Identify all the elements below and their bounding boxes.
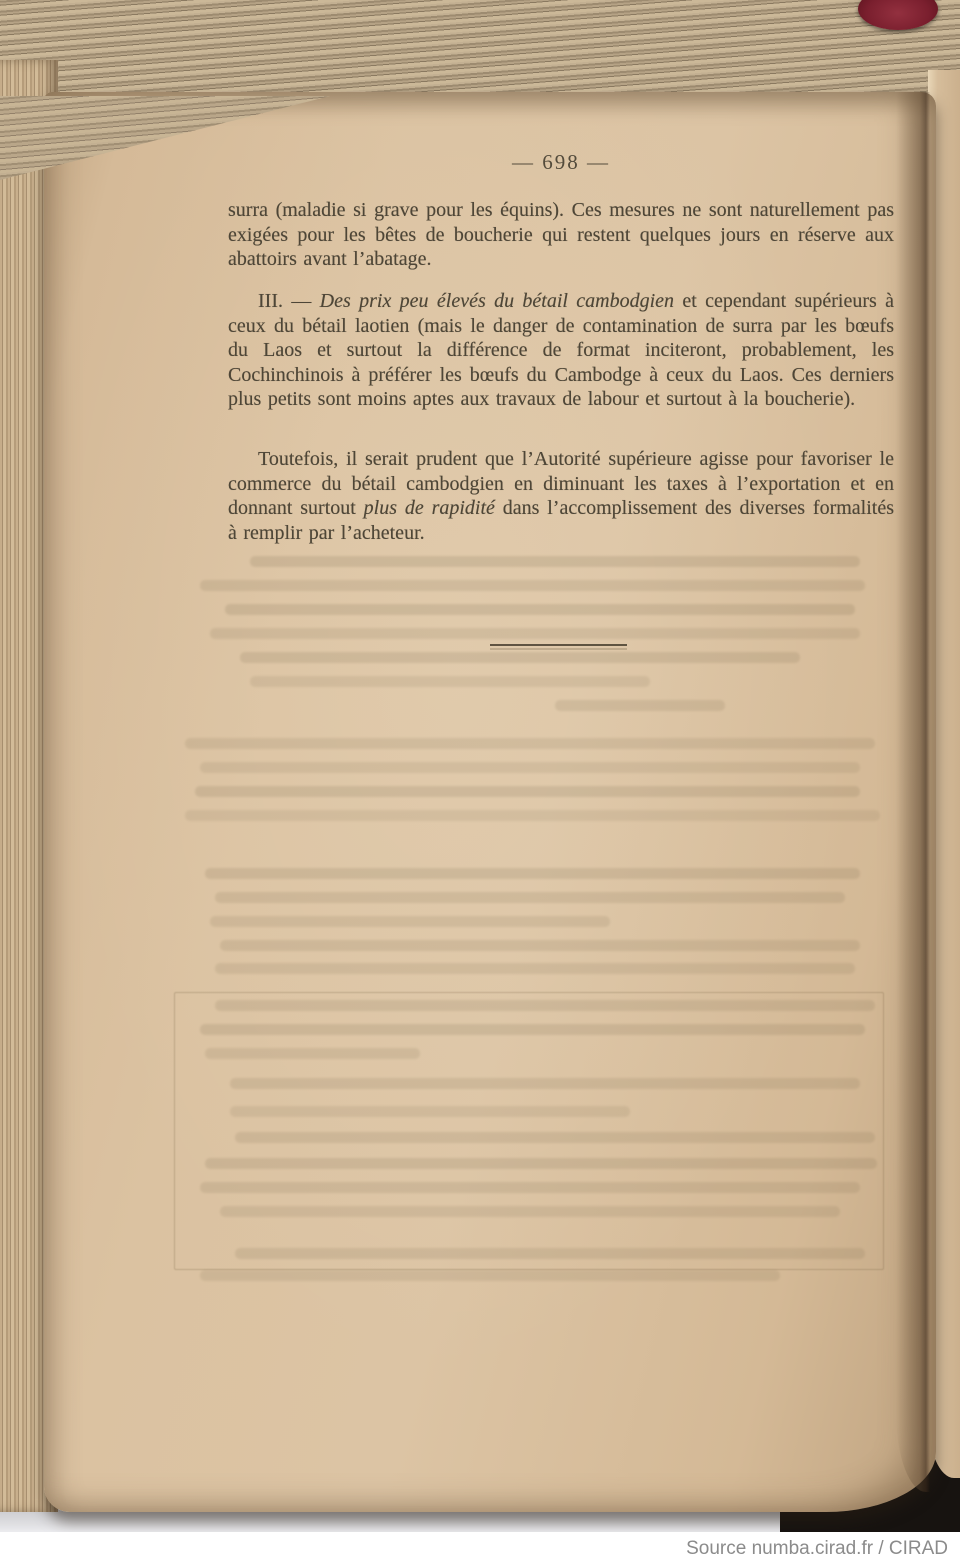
bleed-through-line xyxy=(205,1158,877,1169)
paragraph-prix-betail: III. — Des prix peu élevés du bétail cam… xyxy=(228,289,894,412)
bleed-through-line xyxy=(215,1000,875,1011)
bleed-through-line xyxy=(205,1048,420,1059)
bleed-through-line xyxy=(210,628,860,639)
paragraph-lead: III. — xyxy=(258,290,320,312)
bleed-through-line xyxy=(205,868,860,879)
bleed-through-line xyxy=(225,604,855,615)
bleed-through-line xyxy=(200,1270,780,1281)
bleed-through-line xyxy=(200,762,860,773)
bleed-through-line xyxy=(185,810,880,821)
page-number: — 698 — xyxy=(228,150,894,175)
bleed-through-line xyxy=(215,892,845,903)
bleed-through-line xyxy=(230,1106,630,1117)
bleed-through-line xyxy=(250,676,650,687)
bleed-through-line xyxy=(200,1182,860,1193)
bleed-through-line xyxy=(240,652,800,663)
gutter-crease xyxy=(896,92,930,1492)
source-attribution-bar: Source numba.cirad.fr / CIRAD xyxy=(0,1532,960,1566)
bleed-through-line xyxy=(220,940,860,951)
bleed-through-line xyxy=(210,916,610,927)
paragraph-surra: surra (maladie si grave pour les équins)… xyxy=(228,198,894,272)
paragraph-italic-phrase: plus de rapidité xyxy=(364,497,495,519)
paragraph-toutefois: Toutefois, il serait prudent que l’Autor… xyxy=(228,447,894,545)
book-scan: — 698 — surra (maladie si grave pour les… xyxy=(0,0,960,1566)
bleed-through-line xyxy=(195,786,860,797)
bleed-through-line xyxy=(220,1206,840,1217)
source-attribution-text: Source numba.cirad.fr / CIRAD xyxy=(686,1538,948,1559)
bleed-through-line xyxy=(185,738,875,749)
bleed-through-line xyxy=(215,963,855,974)
bleed-through-line xyxy=(235,1132,875,1143)
paragraph-italic-heading: Des prix peu élevés du bétail cambodgien xyxy=(320,290,674,312)
bleed-through-line xyxy=(200,580,865,591)
section-divider-rule xyxy=(490,644,627,646)
bleed-through-line xyxy=(230,1078,860,1089)
bleed-through-line xyxy=(555,700,725,711)
bleed-through-line xyxy=(200,1024,865,1035)
bleed-through-line xyxy=(235,1248,865,1259)
bleed-through-line xyxy=(250,556,860,567)
